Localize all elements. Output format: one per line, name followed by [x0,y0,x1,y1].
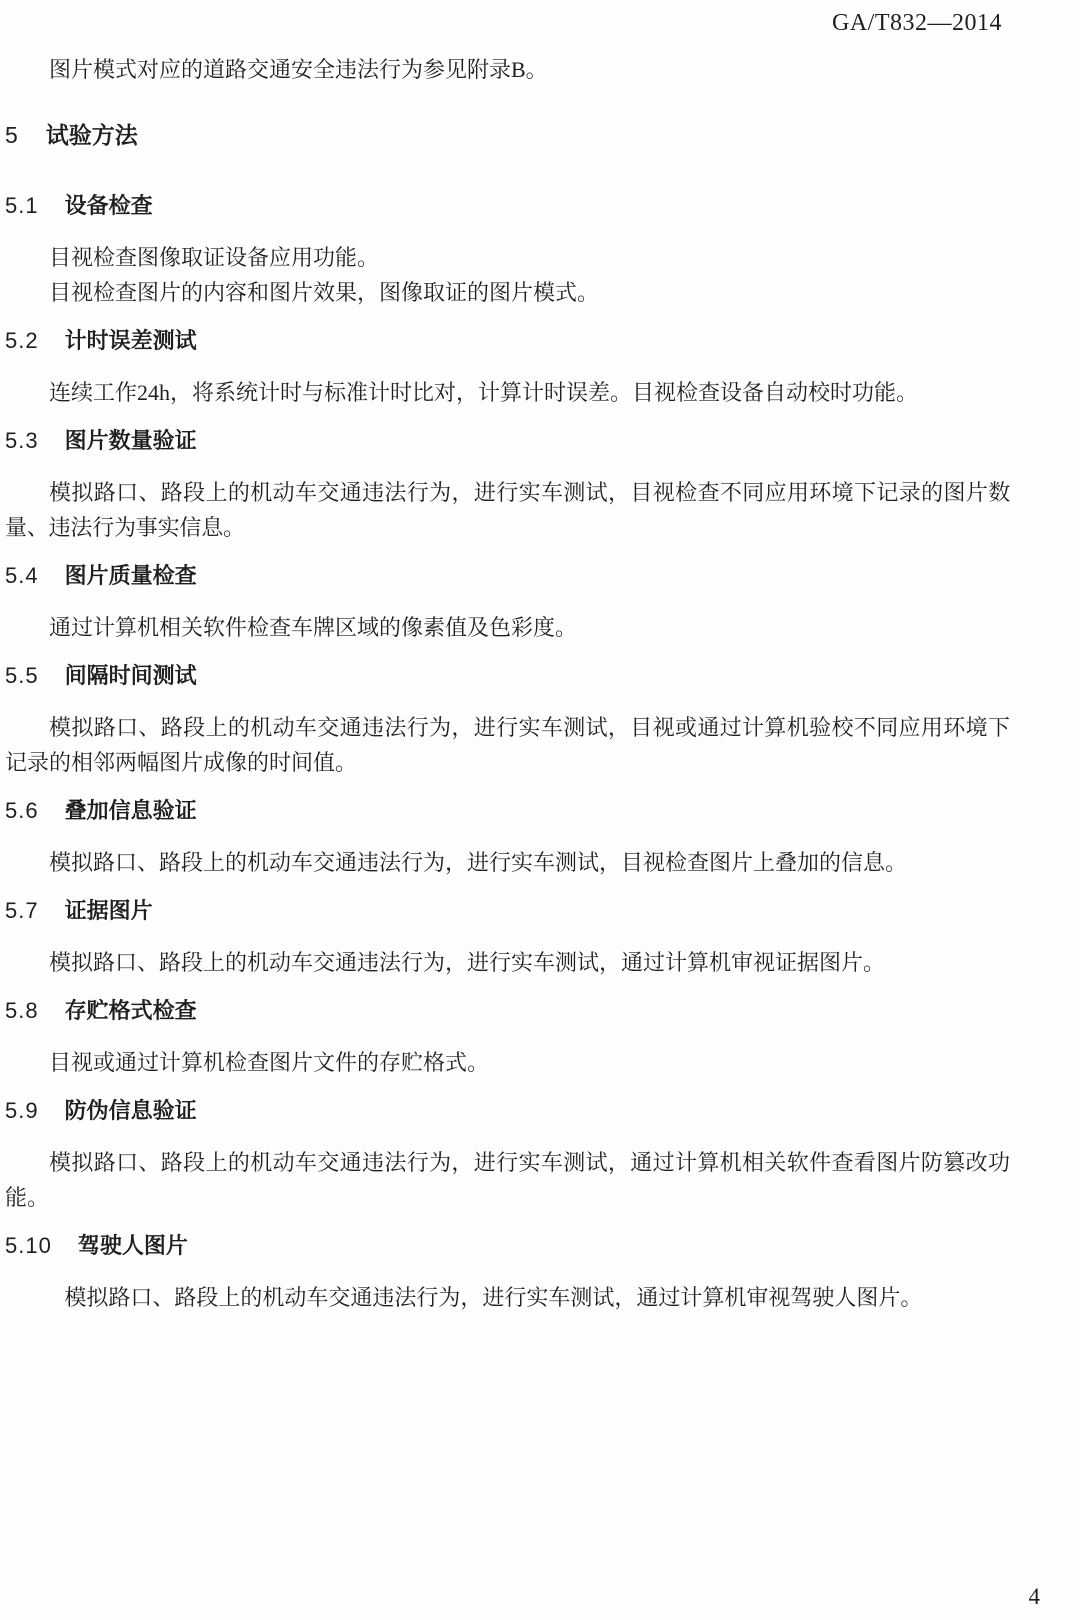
section-heading: 5.1设备检查 [5,188,1010,223]
section-number: 5.2 [5,328,39,353]
section-title: 叠加信息验证 [65,798,197,823]
chapter-number: 5 [5,122,18,148]
section-heading: 5.7证据图片 [5,893,1010,928]
section-paragraph: 目视检查图像取证设备应用功能。 [5,240,1010,275]
section-paragraph: 模拟路口、路段上的机动车交通违法行为，进行实车测试，目视或通过计算机验校不同应用… [5,710,1010,780]
section-number: 5.6 [5,798,39,823]
document-content: 图片模式对应的道路交通安全违法行为参见附录B。 5试验方法 5.1设备检查 目视… [0,52,1080,1315]
section-title: 设备检查 [65,193,153,218]
section-title: 间隔时间测试 [65,663,197,688]
section-5-9: 5.9防伪信息验证 模拟路口、路段上的机动车交通违法行为，进行实车测试，通过计算… [5,1093,1010,1215]
section-number: 5.3 [5,428,39,453]
section-number: 5.10 [5,1233,52,1258]
section-title: 防伪信息验证 [65,1098,197,1123]
document-page: GA/T832—2014 图片模式对应的道路交通安全违法行为参见附录B。 5试验… [0,0,1080,1620]
page-number: 4 [1029,1584,1041,1610]
section-heading: 5.3图片数量验证 [5,423,1010,458]
chapter-title: 试验方法 [46,122,138,148]
section-heading: 5.8存贮格式检查 [5,993,1010,1028]
section-heading: 5.5间隔时间测试 [5,658,1010,693]
section-title: 驾驶人图片 [78,1233,188,1258]
section-heading: 5.10驾驶人图片 [5,1228,1010,1263]
section-paragraph: 通过计算机相关软件检查车牌区域的像素值及色彩度。 [5,610,1010,645]
section-paragraph: 目视或通过计算机检查图片文件的存贮格式。 [5,1045,1010,1080]
section-5-6: 5.6叠加信息验证 模拟路口、路段上的机动车交通违法行为，进行实车测试，目视检查… [5,793,1010,880]
section-heading: 5.9防伪信息验证 [5,1093,1010,1128]
section-5-8: 5.8存贮格式检查 目视或通过计算机检查图片文件的存贮格式。 [5,993,1010,1080]
section-paragraph: 目视检查图片的内容和图片效果，图像取证的图片模式。 [5,275,1010,310]
section-paragraph: 模拟路口、路段上的机动车交通违法行为，进行实车测试，通过计算机审视驾驶人图片。 [5,1280,1010,1315]
section-heading: 5.6叠加信息验证 [5,793,1010,828]
section-title: 存贮格式检查 [65,998,197,1023]
section-heading: 5.4图片质量检查 [5,558,1010,593]
section-number: 5.1 [5,193,39,218]
section-paragraph: 模拟路口、路段上的机动车交通违法行为，进行实车测试，目视检查图片上叠加的信息。 [5,845,1010,880]
section-number: 5.9 [5,1098,39,1123]
section-number: 5.4 [5,563,39,588]
section-number: 5.7 [5,898,39,923]
section-title: 图片质量检查 [65,563,197,588]
section-5-1: 5.1设备检查 目视检查图像取证设备应用功能。 目视检查图片的内容和图片效果，图… [5,188,1010,310]
section-title: 图片数量验证 [65,428,197,453]
section-title: 证据图片 [65,898,153,923]
section-number: 5.8 [5,998,39,1023]
section-heading: 5.2计时误差测试 [5,323,1010,358]
section-5-7: 5.7证据图片 模拟路口、路段上的机动车交通违法行为，进行实车测试，通过计算机审… [5,893,1010,980]
intro-paragraph: 图片模式对应的道路交通安全违法行为参见附录B。 [5,52,1010,87]
section-title: 计时误差测试 [65,328,197,353]
page-header: GA/T832—2014 [0,0,1080,38]
section-5-2: 5.2计时误差测试 连续工作24h，将系统计时与标准计时比对，计算计时误差。目视… [5,323,1010,410]
section-5-10: 5.10驾驶人图片 模拟路口、路段上的机动车交通违法行为，进行实车测试，通过计算… [5,1228,1010,1315]
section-5-5: 5.5间隔时间测试 模拟路口、路段上的机动车交通违法行为，进行实车测试，目视或通… [5,658,1010,780]
standard-number: GA/T832—2014 [832,10,1002,36]
section-paragraph: 模拟路口、路段上的机动车交通违法行为，进行实车测试，通过计算机相关软件查看图片防… [5,1145,1010,1215]
chapter-heading: 5试验方法 [5,118,1010,153]
section-paragraph: 连续工作24h，将系统计时与标准计时比对，计算计时误差。目视检查设备自动校时功能… [5,375,1010,410]
section-paragraph: 模拟路口、路段上的机动车交通违法行为，进行实车测试，目视检查不同应用环境下记录的… [5,475,1010,545]
section-5-3: 5.3图片数量验证 模拟路口、路段上的机动车交通违法行为，进行实车测试，目视检查… [5,423,1010,545]
section-paragraph: 模拟路口、路段上的机动车交通违法行为，进行实车测试，通过计算机审视证据图片。 [5,945,1010,980]
section-5-4: 5.4图片质量检查 通过计算机相关软件检查车牌区域的像素值及色彩度。 [5,558,1010,645]
section-number: 5.5 [5,663,39,688]
